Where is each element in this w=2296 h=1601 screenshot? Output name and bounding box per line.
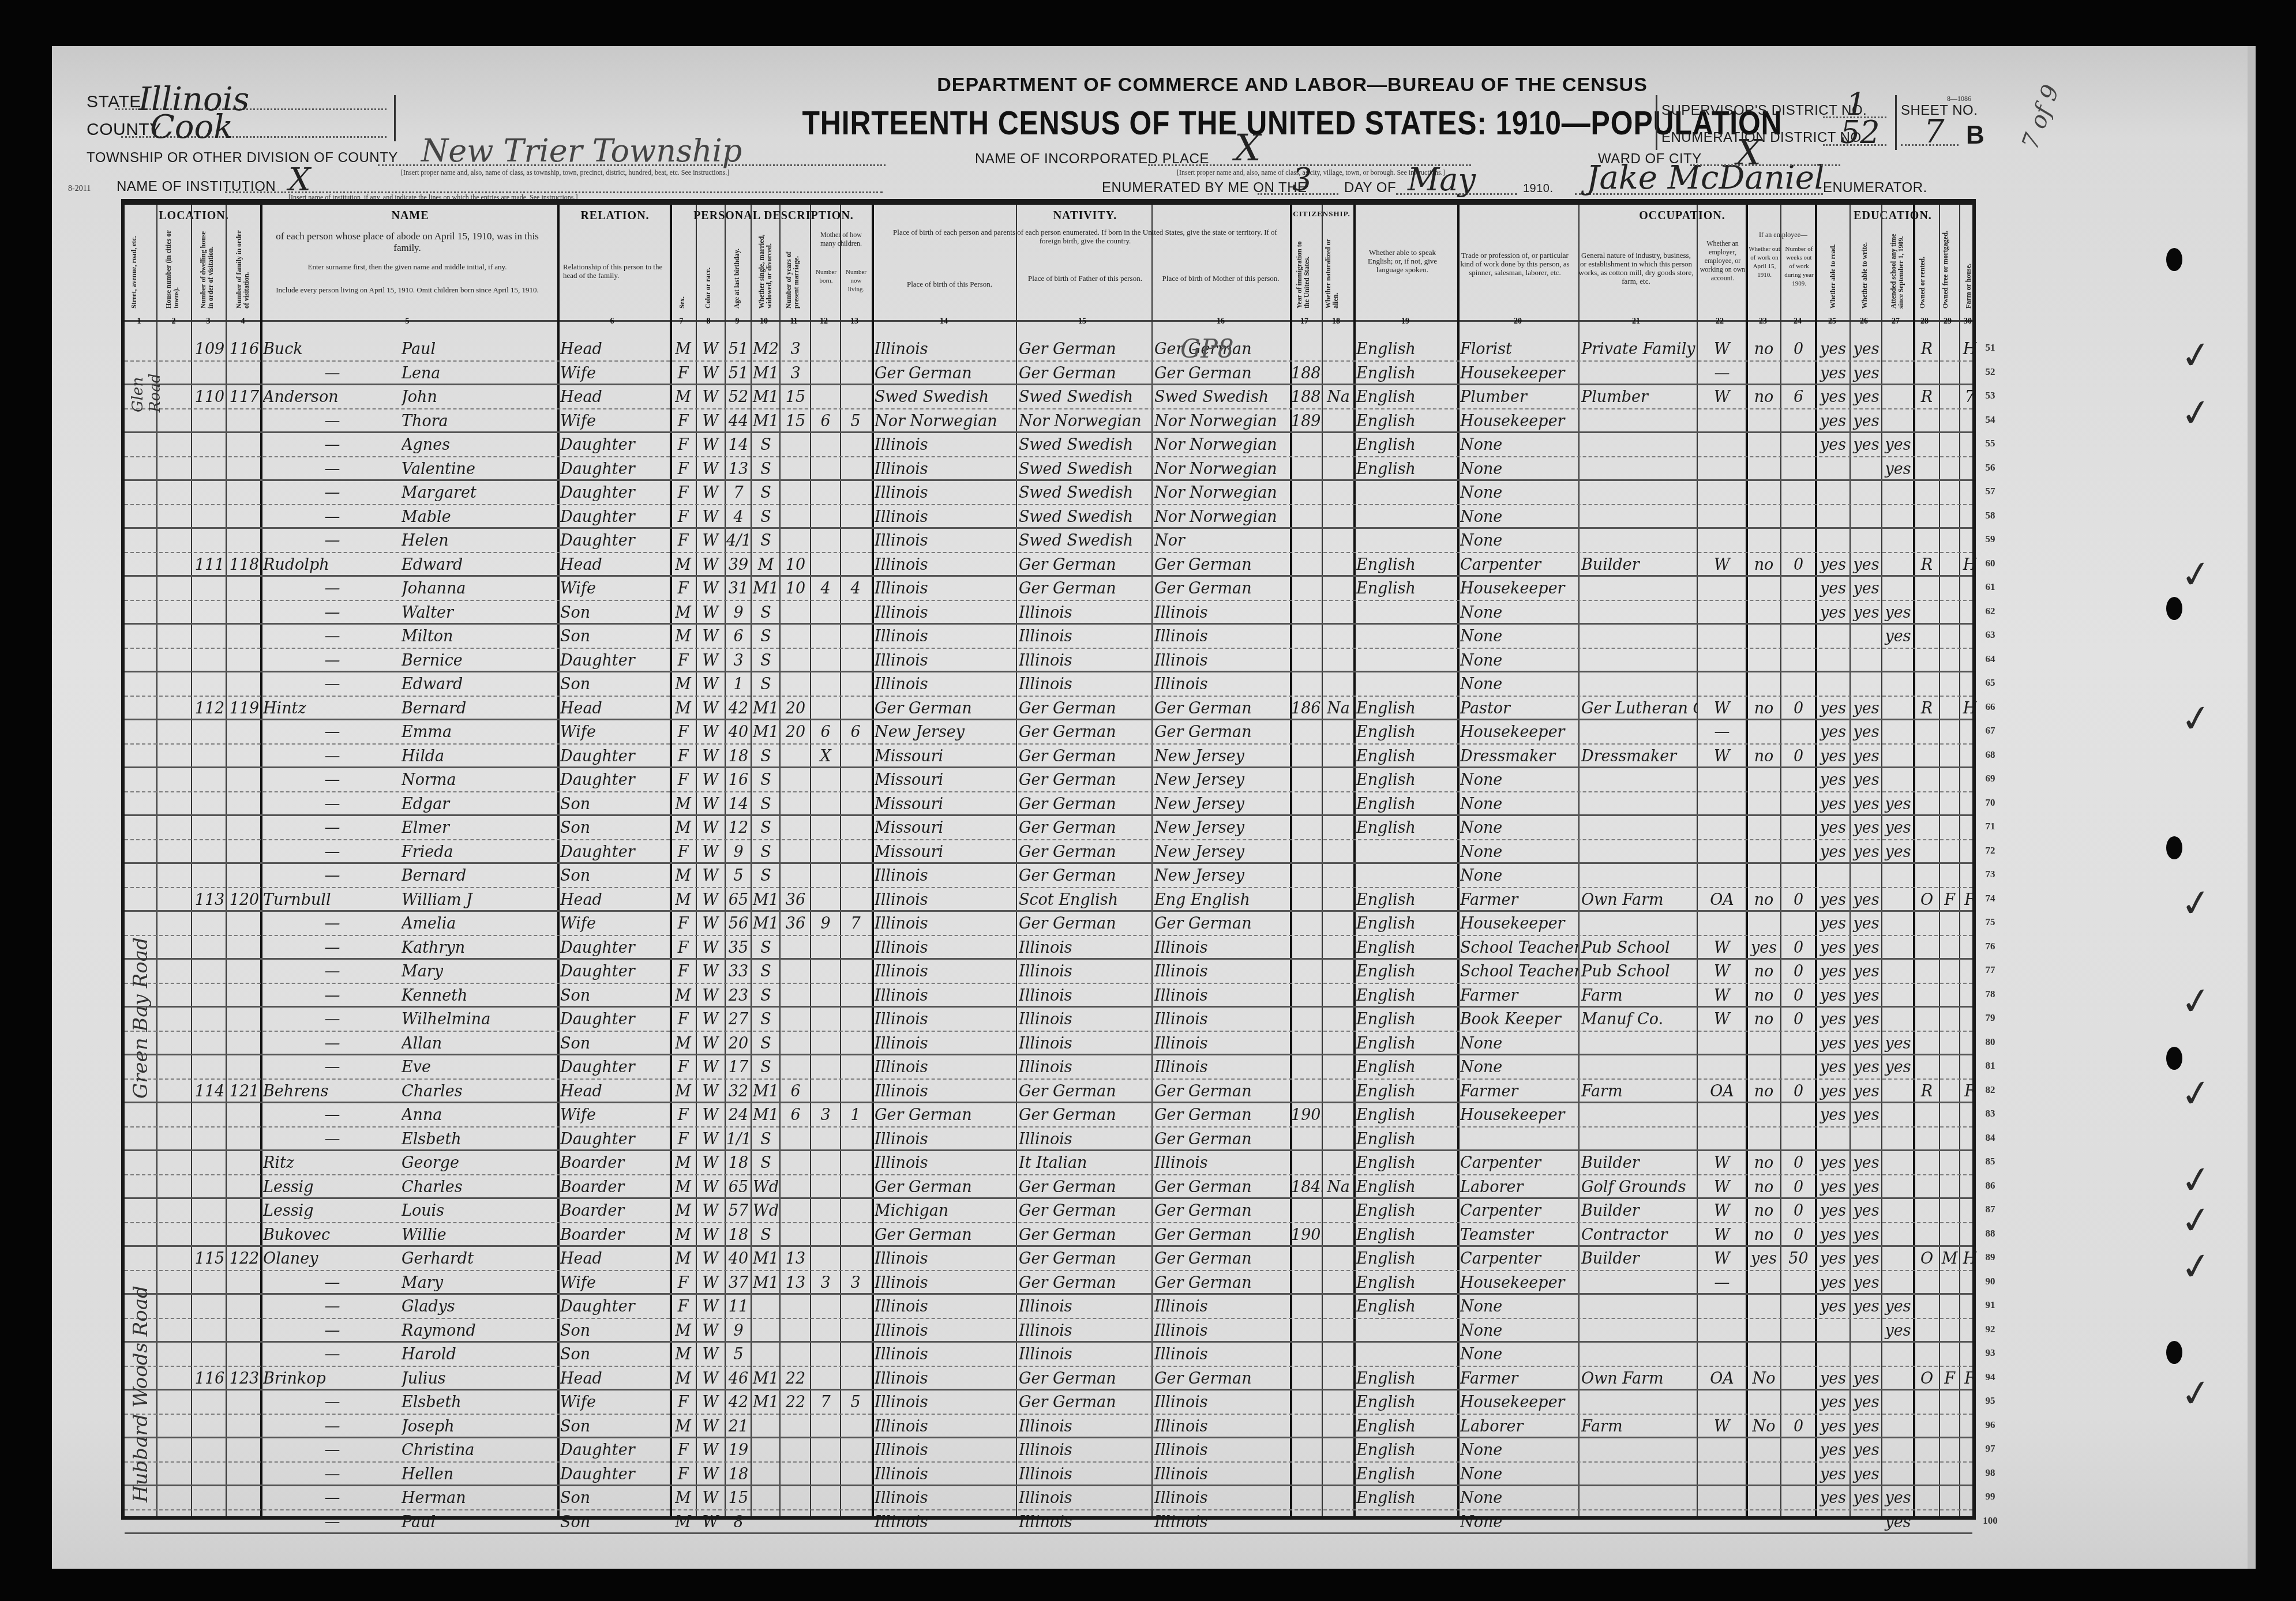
cell-age: 40 (726, 721, 751, 743)
cell-bp: Illinois (875, 1009, 1016, 1031)
cell-surname: — (263, 1487, 402, 1509)
cell-born (811, 1512, 840, 1534)
cell-own (1915, 1464, 1939, 1486)
cell-given: Charles (402, 1177, 554, 1198)
cell-free (1940, 1057, 1959, 1078)
cell-dwelling (194, 1009, 226, 1031)
cell-write: yes (1851, 1104, 1881, 1126)
cell-bf: Illinois (1019, 626, 1151, 648)
cell-color: W (697, 913, 723, 935)
cell-age: 42 (726, 1392, 751, 1414)
cell-color: W (697, 1320, 723, 1342)
cell-living (841, 1464, 870, 1486)
department-heading: DEPARTMENT OF COMMERCE AND LABOR—BUREAU … (802, 74, 1783, 96)
cell-surname: — (263, 1416, 402, 1438)
cell-surname: — (263, 434, 402, 456)
cell-own (1915, 506, 1939, 528)
cell-age: 18 (726, 1224, 751, 1246)
cell-farm (1960, 769, 1979, 791)
cell-relation: Boarder (560, 1224, 667, 1246)
cell-imm (1291, 1081, 1322, 1103)
cell-surname: — (263, 746, 402, 768)
cell-living (841, 386, 870, 408)
cell-surname: — (263, 961, 402, 983)
cell-sex: M (671, 1512, 695, 1534)
cell-lang: English (1356, 1033, 1457, 1055)
cell-color: W (697, 554, 723, 576)
cell-bf: Ger German (1019, 865, 1151, 887)
cell-school (1883, 411, 1913, 433)
cell-surname: Buck (263, 339, 402, 360)
cell-farm (1960, 1512, 1979, 1534)
cell-bm: Illinois (1154, 650, 1290, 672)
cell-trade: None (1460, 506, 1578, 528)
cell-nat (1323, 1487, 1353, 1509)
cell-free (1940, 1224, 1959, 1246)
cell-read (1817, 1129, 1849, 1151)
cell-write: yes (1851, 841, 1881, 863)
cell-emp: W (1698, 1248, 1746, 1270)
cell-bp: Ger German (875, 363, 1016, 385)
cell-surname: — (263, 769, 402, 791)
cell-bp: Illinois (875, 1081, 1016, 1103)
cell-years (781, 841, 810, 863)
cell-school (1883, 674, 1913, 696)
cell-living: 7 (841, 913, 870, 935)
cell-nat (1323, 1392, 1353, 1414)
cell-nat (1323, 1272, 1353, 1294)
cell-given: Bernard (402, 865, 554, 887)
cell-bf: Ger German (1019, 1200, 1151, 1222)
cell-bm: Ger German (1154, 721, 1290, 743)
cell-school (1883, 698, 1913, 720)
cell-lang: English (1356, 1200, 1457, 1222)
cell-own: R (1915, 554, 1939, 576)
cell-trade: Teamster (1460, 1224, 1578, 1246)
cell-bp: Illinois (875, 650, 1016, 672)
cell-color: W (697, 1440, 723, 1461)
cell-living (841, 363, 870, 385)
cell-lang: English (1356, 339, 1457, 360)
cell-trade: Housekeeper (1460, 721, 1578, 743)
cell-write: yes (1851, 913, 1881, 935)
cell-given: Walter (402, 602, 554, 624)
cell-nat (1323, 721, 1353, 743)
cell-industry (1581, 1440, 1697, 1461)
cell-lang: English (1356, 1104, 1457, 1126)
cell-school (1883, 937, 1913, 959)
cell-surname: — (263, 841, 402, 863)
cell-years (781, 1129, 810, 1151)
cell-years (781, 1057, 810, 1078)
table-row: —HelenDaughterFW4/12SIllinoisSwed Swedis… (125, 529, 1972, 553)
cell-nat (1323, 746, 1353, 768)
cell-nat (1323, 434, 1353, 456)
cell-farm (1960, 1200, 1979, 1222)
table-row: —AnnaWifeFW24M1631Ger GermanGer GermanGe… (125, 1103, 1972, 1128)
cell-free (1940, 1177, 1959, 1198)
birth-father-header: Place of birth of Father of this person. (1022, 274, 1149, 283)
cell-emp (1698, 458, 1746, 480)
cell-own (1915, 1104, 1939, 1126)
table-row: —FriedaDaughterFW9SMissouriGer GermanNew… (125, 840, 1972, 865)
cell-bp: Ger German (875, 1224, 1016, 1246)
cell-surname: — (263, 1272, 402, 1294)
cell-emp (1698, 769, 1746, 791)
cell-imm (1291, 434, 1322, 456)
cell-weeks (1782, 506, 1815, 528)
cell-surname: — (263, 1009, 402, 1031)
cell-relation: Son (560, 1344, 667, 1366)
cell-own (1915, 1177, 1939, 1198)
line-number: 96 (1979, 1419, 2002, 1431)
cell-bp: Illinois (875, 554, 1016, 576)
cell-sex: M (671, 985, 695, 1007)
cell-bm: Nor Norwegian (1154, 434, 1290, 456)
cell-read: yes (1817, 913, 1849, 935)
cell-family (228, 721, 260, 743)
cell-imm (1291, 1152, 1322, 1174)
line-number: 60 (1979, 558, 2002, 569)
cell-emp (1698, 1392, 1746, 1414)
cell-industry: Farm (1581, 1081, 1697, 1103)
table-header: LOCATION. NAME RELATION. PERSONAL DESCRI… (125, 205, 1972, 335)
table-row: —HildaDaughterFW18SXMissouriGer GermanNe… (125, 745, 1972, 769)
cell-color: W (697, 386, 723, 408)
cell-read (1817, 1344, 1849, 1366)
cell-sex: F (671, 482, 695, 504)
cell-weeks (1782, 1344, 1815, 1366)
cell-bp: Illinois (875, 602, 1016, 624)
cell-weeks: 6 (1782, 386, 1815, 408)
cell-years: 20 (781, 698, 810, 720)
cell-trade: School Teacher (1460, 961, 1578, 983)
cell-lang: English (1356, 769, 1457, 791)
cell-bp: Illinois (875, 530, 1016, 552)
cell-marital: S (752, 769, 779, 791)
cell-trade: Housekeeper (1460, 1104, 1578, 1126)
cell-trade: Housekeeper (1460, 578, 1578, 600)
cell-imm (1291, 506, 1322, 528)
census-sheet: STATE Illinois COUNTY Cook TOWNSHIP OR O… (52, 46, 2256, 1569)
cell-free (1940, 554, 1959, 576)
cell-surname: — (263, 1296, 402, 1318)
cell-lang: English (1356, 434, 1457, 456)
cell-age: 9 (726, 602, 751, 624)
street-annotation: Green Bay Road (129, 706, 152, 1099)
cell-age: 5 (726, 865, 751, 887)
cell-age: 44 (726, 411, 751, 433)
cell-trade: None (1460, 865, 1578, 887)
cell-trade: School Teacher (1460, 937, 1578, 959)
cell-trade: Farmer (1460, 1368, 1578, 1390)
cell-bf: Ger German (1019, 578, 1151, 600)
cell-sex: F (671, 458, 695, 480)
cell-school (1883, 1392, 1913, 1414)
cell-living (841, 985, 870, 1007)
cell-given: Paul (402, 339, 554, 360)
cell-sex: M (671, 817, 695, 839)
cell-bf: Ger German (1019, 1368, 1151, 1390)
cell-relation: Wife (560, 1392, 667, 1414)
cell-age: 24 (726, 1104, 751, 1126)
cell-oow (1747, 363, 1780, 385)
cell-sex: M (671, 698, 695, 720)
cell-surname: — (263, 1440, 402, 1461)
cell-oow (1747, 1057, 1780, 1078)
cell-free: M (1940, 1248, 1959, 1270)
cell-bm: Ger German (1154, 554, 1290, 576)
cell-bf: Ger German (1019, 841, 1151, 863)
line-number: 87 (1979, 1204, 2002, 1215)
line-number: 69 (1979, 773, 2002, 784)
cell-emp: W (1698, 985, 1746, 1007)
table-row: —ValentineDaughterFW13SIllinoisSwed Swed… (125, 457, 1972, 482)
cell-industry (1581, 817, 1697, 839)
cell-school: yes (1883, 458, 1913, 480)
cell-school (1883, 530, 1913, 552)
cell-oow: no (1747, 339, 1780, 360)
cell-color: W (697, 1487, 723, 1509)
column-number: 5 (399, 317, 416, 326)
cell-imm (1291, 1200, 1322, 1222)
cell-write: yes (1851, 554, 1881, 576)
cell-oow: no (1747, 386, 1780, 408)
cell-born: 6 (811, 411, 840, 433)
cell-bm: Illinois (1154, 1152, 1290, 1174)
cell-living (841, 961, 870, 983)
cell-sex: M (671, 1200, 695, 1222)
cell-bm: Illinois (1154, 1392, 1290, 1414)
cell-marital (752, 1296, 779, 1318)
cell-industry (1581, 482, 1697, 504)
cell-relation: Head (560, 1248, 667, 1270)
line-number: 85 (1979, 1156, 2002, 1167)
cell-nat (1323, 1440, 1353, 1461)
cell-bm: Ger German (1154, 913, 1290, 935)
cell-oow: no (1747, 1009, 1780, 1031)
cell-living: 1 (841, 1104, 870, 1126)
cell-years (781, 1296, 810, 1318)
cell-color: W (697, 339, 723, 360)
cell-lang: English (1356, 961, 1457, 983)
line-number: 92 (1979, 1324, 2002, 1335)
cell-age: 14 (726, 794, 751, 815)
cell-living (841, 937, 870, 959)
cell-lang (1356, 865, 1457, 887)
cell-free (1940, 602, 1959, 624)
cell-dwelling (194, 841, 226, 863)
cell-marital: S (752, 1057, 779, 1078)
cell-years (781, 506, 810, 528)
cell-living (841, 602, 870, 624)
column-number: 19 (1397, 317, 1414, 326)
cell-sex: M (671, 1152, 695, 1174)
cell-oow (1747, 506, 1780, 528)
cell-bf: Swed Swedish (1019, 506, 1151, 528)
cell-write (1851, 530, 1881, 552)
cell-write (1851, 865, 1881, 887)
cell-years (781, 769, 810, 791)
cell-relation: Son (560, 626, 667, 648)
cell-lang: English (1356, 1487, 1457, 1509)
line-number: 66 (1979, 701, 2002, 713)
cell-surname: — (263, 721, 402, 743)
cell-lang: English (1356, 1440, 1457, 1461)
cell-color: W (697, 1368, 723, 1390)
cell-bp: Illinois (875, 889, 1016, 911)
cell-oow: no (1747, 1081, 1780, 1103)
cell-trade: Plumber (1460, 386, 1578, 408)
cell-family (228, 1272, 260, 1294)
cell-nat: Na (1323, 1177, 1353, 1198)
cell-write: yes (1851, 411, 1881, 433)
cell-trade: None (1460, 817, 1578, 839)
cell-industry (1581, 865, 1697, 887)
cell-marital: M1 (752, 1248, 779, 1270)
cell-read: yes (1817, 578, 1849, 600)
cell-weeks (1782, 1512, 1815, 1534)
cell-color: W (697, 1104, 723, 1126)
cell-relation: Son (560, 817, 667, 839)
cell-free (1940, 1200, 1959, 1222)
cell-surname: Lessig (263, 1177, 402, 1198)
cell-family (228, 937, 260, 959)
cell-own (1915, 363, 1939, 385)
school-header: Attended school any time since September… (1890, 231, 1905, 309)
cell-family: 119 (228, 698, 260, 720)
cell-oow (1747, 1129, 1780, 1151)
cell-emp: W (1698, 937, 1746, 959)
cell-bf: Illinois (1019, 602, 1151, 624)
cell-nat (1323, 1152, 1353, 1174)
cell-bp: Illinois (875, 913, 1016, 935)
table-row: LessigCharlesBoarderMW65WdGer GermanGer … (125, 1175, 1972, 1200)
table-row: —ElsbethDaughterFW1/12SIllinoisIllinoisG… (125, 1128, 1972, 1152)
cell-oow: No (1747, 1368, 1780, 1390)
cell-oow (1747, 1296, 1780, 1318)
cell-bf: Ger German (1019, 1224, 1151, 1246)
cell-born (811, 1464, 840, 1486)
cell-marital: M (752, 554, 779, 576)
cell-relation: Head (560, 889, 667, 911)
cell-surname: — (263, 817, 402, 839)
cell-emp: W (1698, 1009, 1746, 1031)
cell-bm: Ger German (1154, 698, 1290, 720)
table-row: —LenaWifeFW51M13Ger GermanGer GermanGer … (125, 362, 1972, 386)
cell-free (1940, 865, 1959, 887)
column-number: 9 (729, 317, 746, 326)
cell-nat (1323, 1344, 1353, 1366)
cell-dwelling (194, 746, 226, 768)
cell-dwelling: 113 (194, 889, 226, 911)
cell-imm: 1886 (1291, 363, 1322, 385)
children-living-header: Number now living. (842, 268, 870, 294)
cell-write: yes (1851, 769, 1881, 791)
cell-own (1915, 1344, 1939, 1366)
cell-oow (1747, 1487, 1780, 1509)
cell-born (811, 1129, 840, 1151)
cell-bp: Missouri (875, 817, 1016, 839)
cell-marital: S (752, 865, 779, 887)
cell-born (811, 865, 840, 887)
cell-color: W (697, 985, 723, 1007)
cell-emp (1698, 506, 1746, 528)
line-number: 99 (1979, 1491, 2002, 1502)
cell-lang (1356, 626, 1457, 648)
checkmark-icon: ✓ (2178, 552, 2214, 599)
cell-given: Johanna (402, 578, 554, 600)
line-number: 82 (1979, 1084, 2002, 1096)
cell-relation: Boarder (560, 1177, 667, 1198)
cell-age: 37 (726, 1272, 751, 1294)
cell-family (228, 1512, 260, 1534)
cell-industry (1581, 363, 1697, 385)
cell-surname: — (263, 578, 402, 600)
cell-trade: Carpenter (1460, 1248, 1578, 1270)
cell-nat (1323, 1248, 1353, 1270)
cell-bf: Illinois (1019, 961, 1151, 983)
cell-born (811, 1009, 840, 1031)
cell-sex: M (671, 386, 695, 408)
cell-imm (1291, 1248, 1322, 1270)
cell-age: 40 (726, 1248, 751, 1270)
cell-bf: Swed Swedish (1019, 458, 1151, 480)
cell-oow: no (1747, 961, 1780, 983)
cell-imm: 1900 (1291, 1224, 1322, 1246)
cell-bm: New Jersey (1154, 865, 1290, 887)
write-header: Whether able to write. (1861, 231, 1869, 309)
cell-color: W (697, 434, 723, 456)
cell-weeks: 0 (1782, 1081, 1815, 1103)
cell-color: W (697, 1296, 723, 1318)
cell-years (781, 1464, 810, 1486)
cell-weeks (1782, 363, 1815, 385)
line-number: 73 (1979, 869, 2002, 880)
cell-bf: Ger German (1019, 1081, 1151, 1103)
cell-own (1915, 482, 1939, 504)
cell-trade: None (1460, 674, 1578, 696)
table-row: —JohannaWifeFW31M11044IllinoisGer German… (125, 577, 1972, 601)
cell-school (1883, 1177, 1913, 1198)
birth-person-header: Place of birth of this Person. (886, 280, 1013, 288)
cell-nat (1323, 889, 1353, 911)
cell-living: 3 (841, 1272, 870, 1294)
cell-weeks (1782, 626, 1815, 648)
cell-farm (1960, 794, 1979, 815)
cell-oow: no (1747, 889, 1780, 911)
cell-oow (1747, 1440, 1780, 1461)
cell-read: yes (1817, 937, 1849, 959)
cell-school (1883, 913, 1913, 935)
cell-born (811, 1320, 840, 1342)
punch-hole (2166, 597, 2182, 620)
cell-own (1915, 1152, 1939, 1174)
cell-weeks: 0 (1782, 339, 1815, 360)
cell-industry (1581, 434, 1697, 456)
census-table: LOCATION. NAME RELATION. PERSONAL DESCRI… (121, 199, 1976, 1520)
cell-weeks (1782, 817, 1815, 839)
cell-surname: — (263, 602, 402, 624)
cell-given: Thora (402, 411, 554, 433)
cell-write: yes (1851, 1152, 1881, 1174)
cell-industry (1581, 458, 1697, 480)
cell-relation: Son (560, 794, 667, 815)
cell-born: 6 (811, 721, 840, 743)
cell-free (1940, 1104, 1959, 1126)
cell-industry (1581, 1296, 1697, 1318)
cell-born (811, 1033, 840, 1055)
